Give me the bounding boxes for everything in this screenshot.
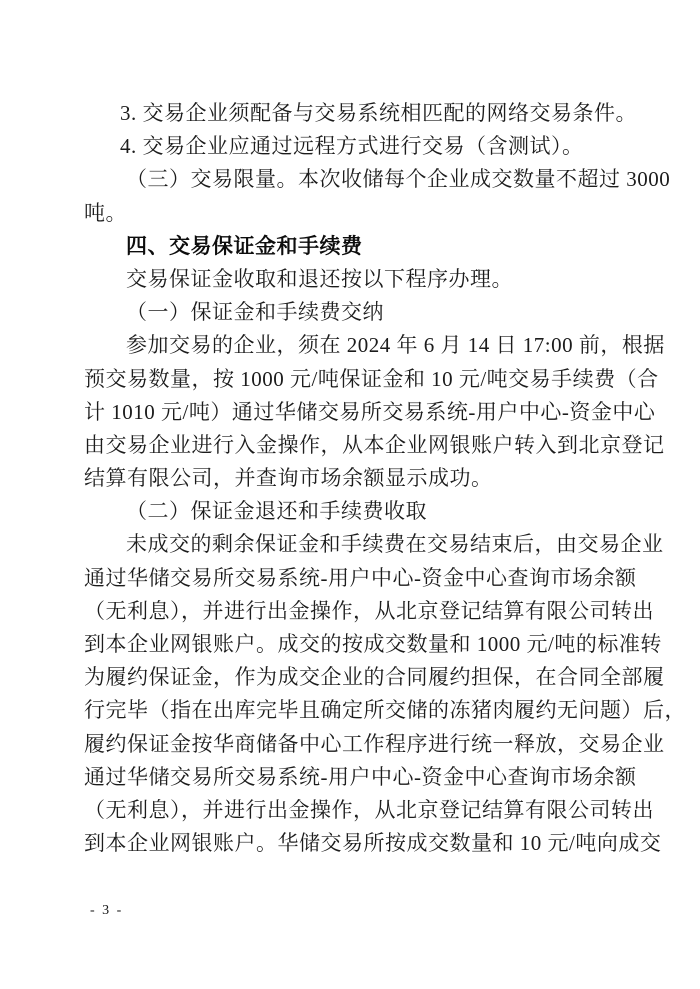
document-body: 3. 交易企业须配备与交易系统相匹配的网络交易条件。 4. 交易企业应通过远程方…: [84, 97, 618, 860]
page-number: - 3 -: [90, 903, 123, 919]
text-line: 行完毕（指在出库完毕且确定所交储的冻猪肉履约无问题）后，: [84, 694, 618, 727]
text-line: 通过华储交易所交易系统-用户中心-资金中心查询市场余额: [84, 761, 618, 794]
text-line: 未成交的剩余保证金和手续费在交易结束后，由交易企业: [84, 528, 618, 561]
section-heading: 四、交易保证金和手续费: [84, 230, 618, 263]
text-line: 3. 交易企业须配备与交易系统相匹配的网络交易条件。: [84, 97, 618, 130]
text-line: （无利息），并进行出金操作，从北京登记结算有限公司转出: [84, 595, 618, 628]
subsection-heading: （一）保证金和手续费交纳: [84, 296, 618, 329]
text-line: 到本企业网银账户。华储交易所按成交数量和 10 元/吨向成交: [84, 827, 618, 860]
text-line: 计 1010 元/吨）通过华储交易所交易系统-用户中心-资金中心: [84, 396, 618, 429]
text-line: 结算有限公司，并查询市场余额显示成功。: [84, 462, 618, 495]
text-line: 到本企业网银账户。成交的按成交数量和 1000 元/吨的标准转: [84, 628, 618, 661]
text-line: 预交易数量，按 1000 元/吨保证金和 10 元/吨交易手续费（合: [84, 363, 618, 396]
text-line: （三）交易限量。本次收储每个企业成交数量不超过 3000: [84, 163, 618, 196]
text-line: 通过华储交易所交易系统-用户中心-资金中心查询市场余额: [84, 562, 618, 595]
text-line: 吨。: [84, 197, 618, 230]
text-line: 4. 交易企业应通过远程方式进行交易（含测试）。: [84, 130, 618, 163]
text-line: 履约保证金按华商储备中心工作程序进行统一释放，交易企业: [84, 728, 618, 761]
document-page: 3. 交易企业须配备与交易系统相匹配的网络交易条件。 4. 交易企业应通过远程方…: [0, 0, 700, 989]
text-line: 由交易企业进行入金操作，从本企业网银账户转入到北京登记: [84, 429, 618, 462]
text-line: 为履约保证金，作为成交企业的合同履约担保，在合同全部履: [84, 661, 618, 694]
text-line: （无利息），并进行出金操作，从北京登记结算有限公司转出: [84, 794, 618, 827]
subsection-heading: （二）保证金退还和手续费收取: [84, 495, 618, 528]
text-line: 参加交易的企业，须在 2024 年 6 月 14 日 17:00 前，根据: [84, 329, 618, 362]
text-line: 交易保证金收取和退还按以下程序办理。: [84, 263, 618, 296]
